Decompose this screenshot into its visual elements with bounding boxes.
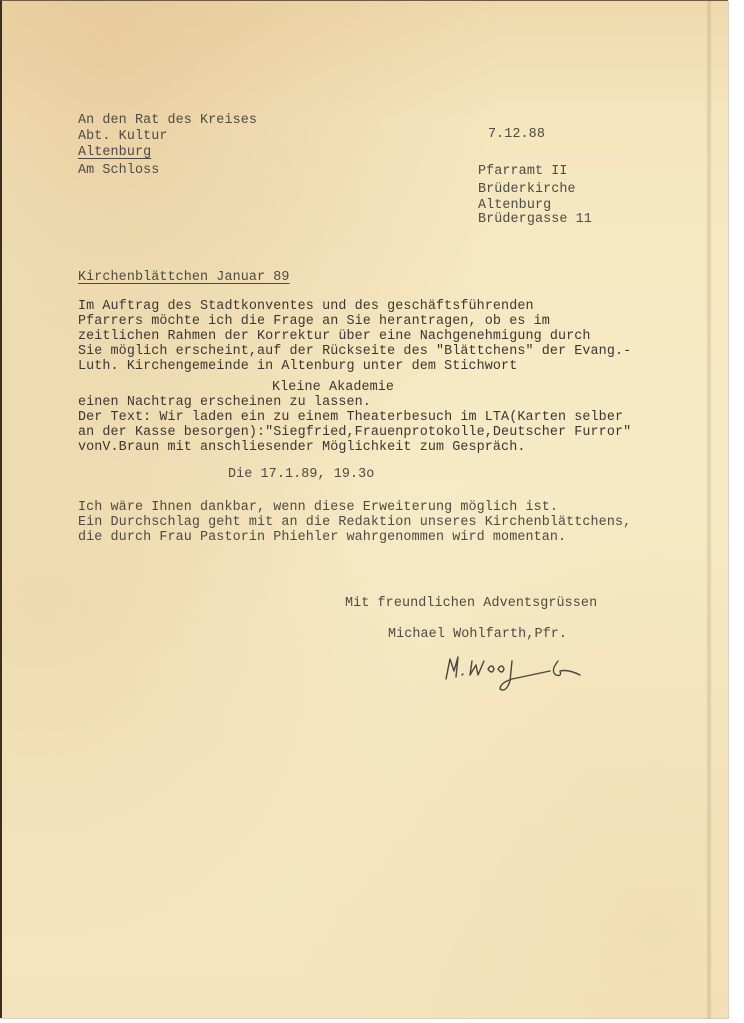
body-line: Sie möglich erscheint,auf der Rückseite … [78,344,631,360]
recipient-line-4: Am Schloss [78,163,159,179]
sender-line-4: Brüdergasse 11 [478,212,592,228]
sender-line-2: Brüderkirche [478,182,576,198]
keyword-line: Kleine Akademie [272,380,394,396]
paper-fold [706,1,712,1019]
recipient-line-3: Altenburg [78,145,151,161]
letter-subject: Kirchenblättchen Januar 89 [78,270,290,286]
body-line: Ein Durchschlag geht mit an die Redaktio… [78,515,631,531]
body-line: Pfarrers möchte ich die Frage an Sie her… [78,314,550,330]
body-line: Im Auftrag des Stadtkonventes und des ge… [78,299,534,315]
signature-icon [440,641,600,701]
body-line: Luth. Kirchengemeinde in Altenburg unter… [78,359,517,375]
letter-date: 7.12.88 [488,127,545,143]
body-line: die durch Frau Pastorin Phiehler wahrgen… [78,530,566,546]
body-line: einen Nachtrag erscheinen zu lassen. [78,395,371,411]
recipient-line-2: Abt. Kultur [78,129,168,145]
closing-line: Mit freundlichen Adventsgrüssen [345,596,597,612]
body-line: zeitlichen Rahmen der Korrektur über ein… [78,329,591,345]
recipient-line-1: An den Rat des Kreises [78,113,257,129]
letter-page: An den Rat des Kreises Abt. Kultur Alten… [0,0,728,1018]
body-line: Der Text: Wir laden ein zu einem Theater… [78,410,623,426]
sender-line-1: Pfarramt II [478,164,568,180]
event-date: Die 17.1.89, 19.3o [228,467,374,483]
body-line: Ich wäre Ihnen dankbar, wenn diese Erwei… [78,500,558,516]
body-line: an der Kasse besorgen):"Siegfried,Frauen… [78,425,631,441]
body-line: vonV.Braun mit anschliesender Möglichkei… [78,440,525,456]
